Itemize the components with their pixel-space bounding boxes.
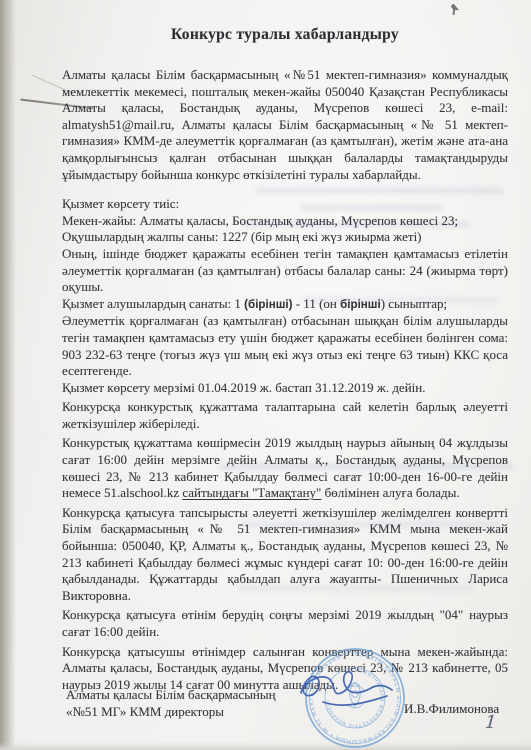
handwritten-page-number: 1 xyxy=(484,712,497,734)
paragraph-docs-copy: Конкурстық құжаттама көшірмесін 2019 жыл… xyxy=(62,435,508,501)
handwritten-signature xyxy=(293,655,418,717)
address-line: Мекен-жайы: Алматы қаласы, Бостандық ауд… xyxy=(62,213,508,230)
signature-block-org: Алматы қаласы Білім басқармасының «№51 М… xyxy=(66,686,276,720)
paragraph-submission: Конкурсқа қатысуға тапсырысты әлеуетті ж… xyxy=(62,505,508,605)
scan-shadow-bottom-edge xyxy=(0,742,531,750)
paragraph-envelope-opening: Конкурсқа қатысушы өтінімдер салынған ко… xyxy=(62,644,508,692)
scan-shadow-left-edge xyxy=(0,0,16,750)
category-bold-first: (бірінші) xyxy=(244,298,292,311)
paragraph-deadline: Конкурсқа қатысуға өтінім берудің соңғы … xyxy=(62,607,508,640)
students-count-line: Оқушылардың жалпы саны: 1227 (бір мың ек… xyxy=(62,229,508,246)
category-bold-second: бірінші xyxy=(340,298,381,311)
category-mid: - 11 (он xyxy=(292,296,340,311)
document-title: Конкурс туралы хабарландыру xyxy=(62,26,508,44)
org-line-2: «№51 МГ» КММ директоры xyxy=(66,703,276,720)
mouse-cursor-icon xyxy=(450,3,460,21)
paragraph-category: Қызмет алушылардың санаты: 1 (бірінші) -… xyxy=(62,296,508,314)
paragraph-intro: Алматы қаласы Білім басқармасының «№51 м… xyxy=(62,67,508,183)
service-heading: Қызмет көрсету тиіс: xyxy=(62,196,508,213)
category-tail: ) сыныптар; xyxy=(381,296,447,311)
category-lead: Қызмет алушылардың санаты: 1 xyxy=(62,296,244,311)
docs-copy-underlined-link: сайтындағы "Тамақтану" xyxy=(182,485,321,500)
docs-copy-after: бөлімінен алуға болады. xyxy=(321,485,459,500)
service-term-line: Қызмет көрсету мерзімі 01.04.2019 ж. бас… xyxy=(62,380,508,397)
paragraph-eligibility: Конкурсқа конкурстық құжаттама талаптары… xyxy=(62,399,508,432)
paragraph-budget: Оның, ішінде бюджет қаражаты есебінен те… xyxy=(62,246,508,296)
paragraph-sum: Әлеуметтік қорғалмаған (аз қамтылған) от… xyxy=(62,313,508,379)
org-line-1: Алматы қаласы Білім басқармасының xyxy=(66,686,276,703)
document-body: Конкурс туралы хабарландыру Алматы қалас… xyxy=(62,26,508,692)
